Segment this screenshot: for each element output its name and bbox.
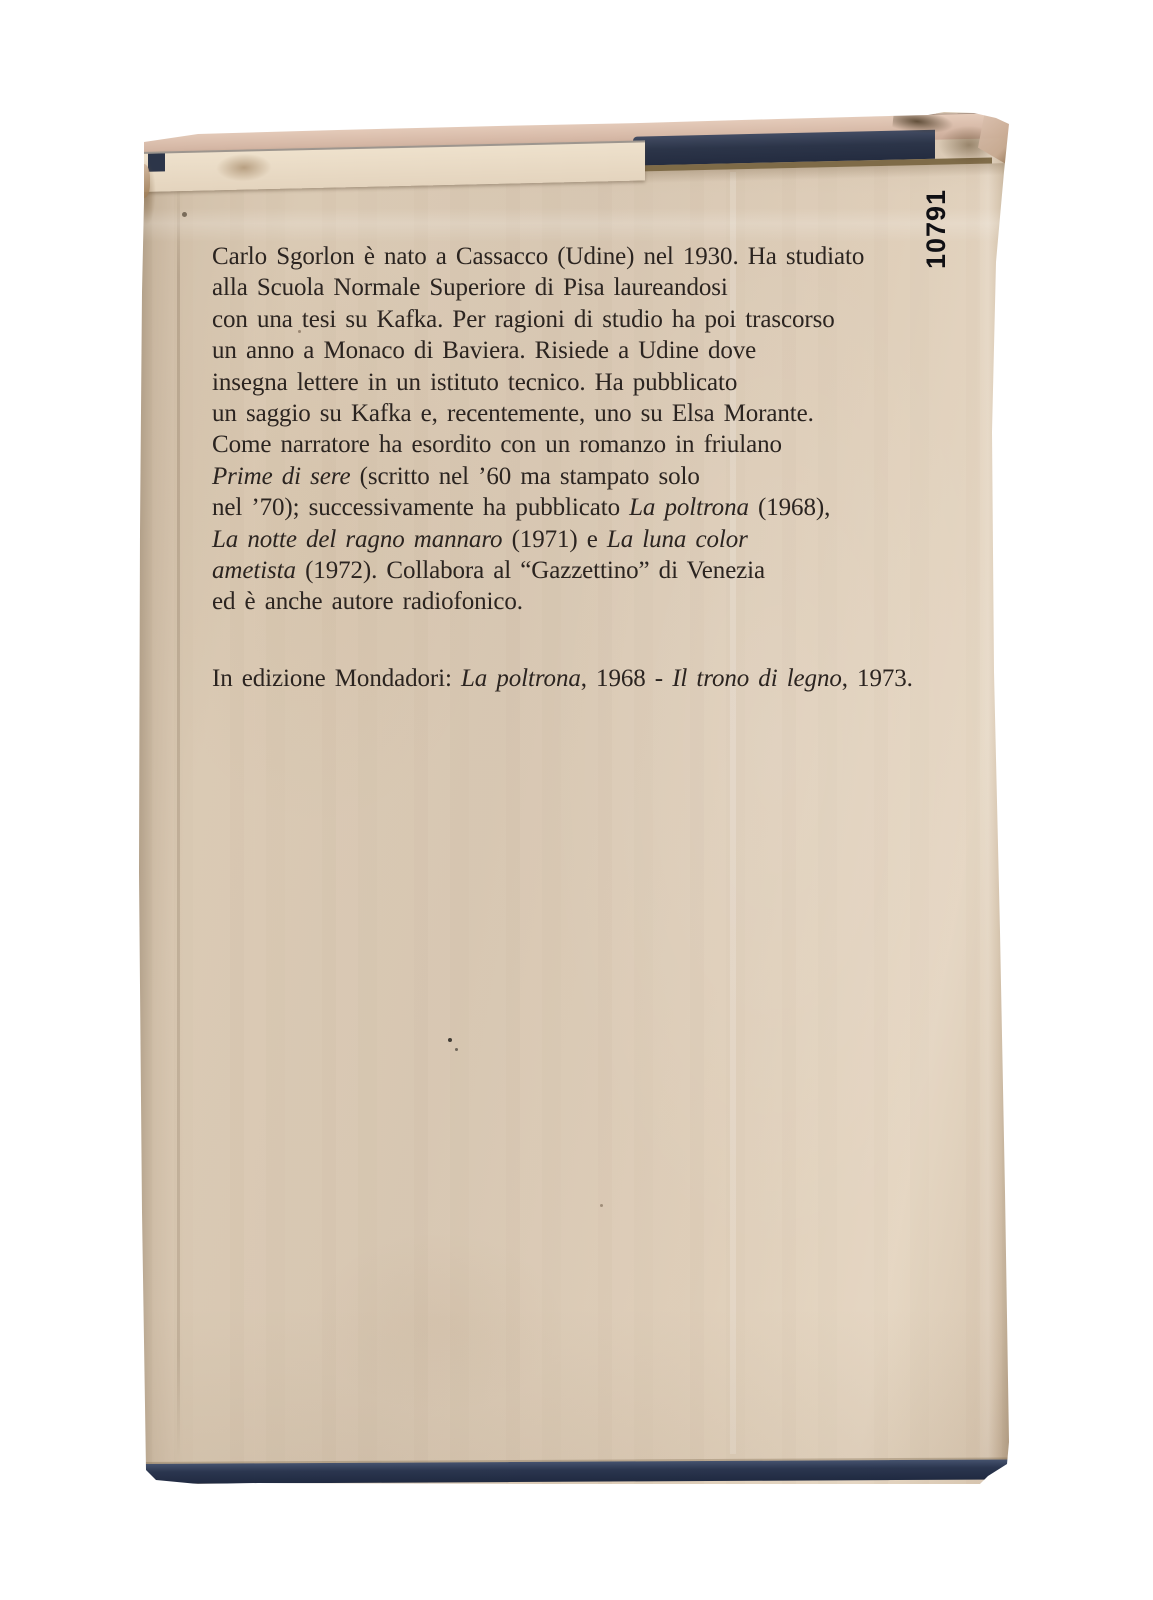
text-line: insegna lettere in un istituto tecnico. … bbox=[212, 367, 872, 398]
text-segment: nel ’70); successivamente ha pubblicato bbox=[212, 494, 629, 521]
text-line: Carlo Sgorlon è nato a Cassacco (Udine) … bbox=[212, 241, 872, 272]
text-segment: (scritto nel ’60 ma stampato solo bbox=[350, 463, 699, 490]
book-title-italic: La poltrona bbox=[629, 494, 749, 521]
book-title-italic: Il trono di legno bbox=[672, 665, 842, 692]
text-line: nel ’70); successivamente ha pubblicato … bbox=[212, 492, 872, 523]
book-title-italic: La notte del ragno mannaro bbox=[212, 526, 502, 553]
photo-background: 10791 Carlo Sgorlon è nato a Cassacco (U… bbox=[0, 0, 1153, 1600]
bio-text-block: Carlo Sgorlon è nato a Cassacco (Udine) … bbox=[212, 241, 872, 618]
text-segment: insegna lettere in un istituto tecnico. … bbox=[212, 369, 737, 396]
text-line: ametista (1972). Collabora al “Gazzettin… bbox=[212, 555, 872, 586]
text-line: Prime di sere (scritto nel ’60 ma stampa… bbox=[212, 461, 872, 492]
publisher-line: In edizione Mondadori: La poltrona, 1968… bbox=[212, 663, 952, 694]
book-title-italic: La luna color bbox=[607, 526, 748, 553]
text-segment: un saggio su Kafka e, recentemente, uno … bbox=[212, 400, 814, 427]
right-edge-shading bbox=[976, 112, 1010, 1484]
text-line: un saggio su Kafka e, recentemente, uno … bbox=[212, 398, 872, 429]
stain-speck bbox=[448, 1038, 452, 1042]
text-line: ed è anche autore radiofonico. bbox=[212, 586, 872, 617]
text-line: alla Scuola Normale Superiore di Pisa la… bbox=[212, 272, 872, 303]
spine-fold-crease bbox=[177, 172, 180, 1458]
text-segment: alla Scuola Normale Superiore di Pisa la… bbox=[212, 274, 728, 301]
text-segment: (1972). Collabora al “Gazzettino” di Ven… bbox=[296, 557, 765, 584]
text-line: Come narratore ha esordito con un romanz… bbox=[212, 429, 872, 460]
book-title-italic: La poltrona bbox=[461, 665, 581, 692]
stain-speck bbox=[455, 1048, 458, 1051]
text-segment: (1968), bbox=[749, 494, 830, 521]
text-segment: , 1968 - bbox=[581, 665, 672, 692]
bottom-shading bbox=[138, 1306, 1010, 1466]
text-segment: (1971) e bbox=[502, 526, 607, 553]
text-line: un anno a Monaco di Baviera. Risiede a U… bbox=[212, 335, 872, 366]
paper-tear-top-left bbox=[135, 164, 150, 198]
book-title-italic: Prime di sere bbox=[212, 463, 350, 490]
text-segment: , 1973. bbox=[842, 665, 913, 692]
stain-speck bbox=[600, 1204, 603, 1207]
text-segment: Come narratore ha esordito con un romanz… bbox=[212, 431, 782, 458]
text-line: con una tesi su Kafka. Per ragioni di st… bbox=[212, 304, 872, 335]
inventory-stamp-number: 10791 bbox=[922, 186, 950, 272]
text-segment: Carlo Sgorlon è nato a Cassacco (Udine) … bbox=[212, 243, 864, 270]
text-segment: In edizione Mondadori: bbox=[212, 665, 461, 692]
worn-highlight-band bbox=[138, 208, 1010, 242]
stain-speck bbox=[182, 212, 187, 217]
book-back-cover: 10791 Carlo Sgorlon è nato a Cassacco (U… bbox=[138, 112, 1010, 1484]
text-segment: ed è anche autore radiofonico. bbox=[212, 588, 523, 615]
text-segment: un anno a Monaco di Baviera. Risiede a U… bbox=[212, 337, 756, 364]
text-segment: con una tesi su Kafka. Per ragioni di st… bbox=[212, 306, 835, 333]
book-title-italic: ametista bbox=[212, 557, 296, 584]
text-line: La notte del ragno mannaro (1971) e La l… bbox=[212, 524, 872, 555]
